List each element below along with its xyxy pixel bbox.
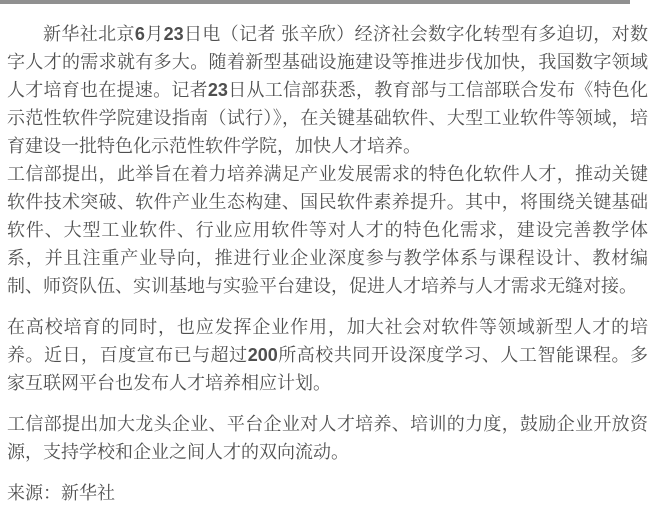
lead-paragraph: 新华社北京6月23日电（记者 张辛欣）经济社会数字化转型有多迫切，对数字人才的需… [7,20,648,160]
text-run: 23 [164,24,184,44]
source-line: 来源：新华社 [7,479,648,507]
paragraph: 在高校培育的同时，也应发挥企业作用，加大社会对软件等领域新型人才的培养。近日，百… [7,313,648,397]
paragraph: 工信部提出，此举旨在着力培养满足产业发展需求的特色化软件人才，推动关键软件技术突… [7,160,648,300]
text-run: 新华社北京 [43,24,135,44]
top-divider [0,0,630,4]
text-run: 6 [135,24,145,44]
text-run: 23 [208,80,228,100]
paragraph: 工信部提出加大龙头企业、平台企业对人才培养、培训的力度，鼓励企业开放资源，支持学… [7,410,648,466]
text-run: 月 [145,24,164,44]
article-page: 新华社北京6月23日电（记者 张辛欣）经济社会数字化转型有多迫切，对数字人才的需… [0,0,658,521]
text-run: 来源：新华社 [7,483,115,503]
article-body: 新华社北京6月23日电（记者 张辛欣）经济社会数字化转型有多迫切，对数字人才的需… [0,0,658,507]
text-run: 工信部提出加大龙头企业、平台企业对人才培养、培训的力度，鼓励企业开放资源，支持学… [7,414,648,462]
text-run: 200 [248,345,278,365]
text-run: 工信部提出，此举旨在着力培养满足产业发展需求的特色化软件人才，推动关键软件技术突… [7,164,648,296]
